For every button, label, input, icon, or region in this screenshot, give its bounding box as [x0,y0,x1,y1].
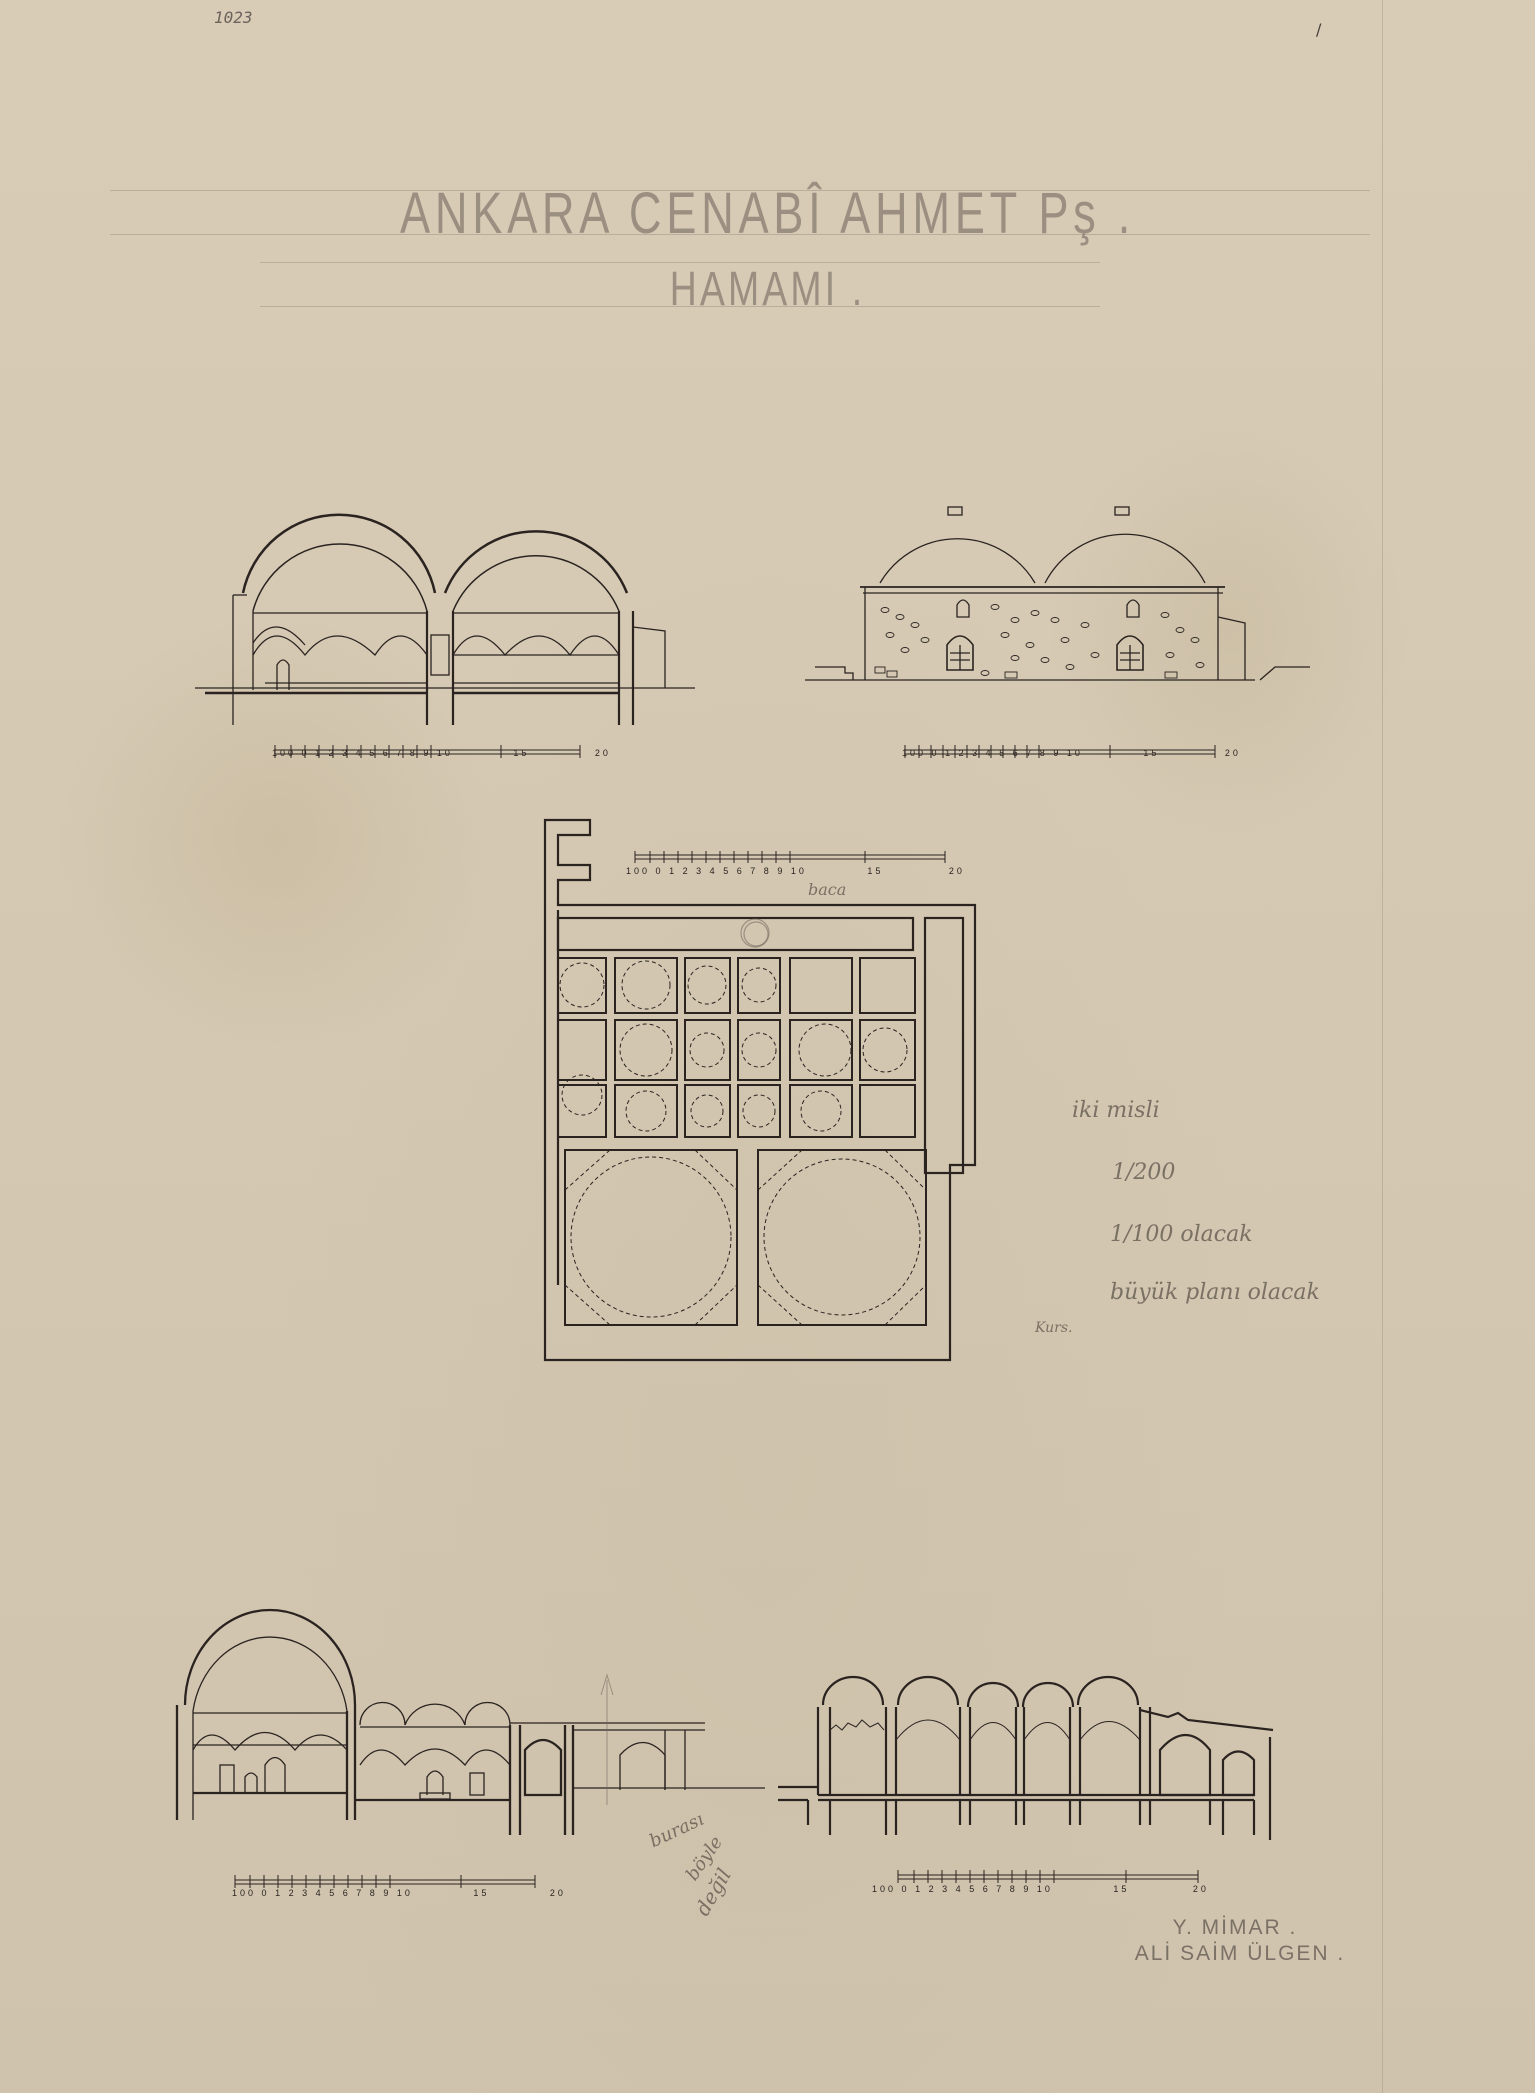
scale-tick-label: 2 [329,748,337,758]
scale-tick-label: 5 [369,748,377,758]
scale-tick-label: 15 [513,748,529,758]
scale-tick-label: 6 [343,1888,351,1898]
scale-tick-label: 9 [423,748,431,758]
scale-tick-label: 8 [1040,748,1048,758]
scale-tick-label: 4 [356,748,364,758]
scale-tick-label: 6 [383,748,391,758]
scale-tick-label: 2 [959,748,967,758]
scale-tick-label: 2 [929,1884,937,1894]
scale-tick-label: 10 [1067,748,1083,758]
scale-tick-label: 0 [932,748,940,758]
scale-tick-label: 3 [342,748,350,758]
margin-note-4: büyük planı olacak [1110,1280,1320,1305]
scale-labels-top-left: 100 0 1 2 3 4 5 6 7 8 9 10 15 20 [272,748,611,758]
scale-tick-label: 7 [1026,748,1034,758]
scale-tick-label: 0 [302,748,310,758]
scale-tick-label: 15 [867,866,883,876]
scale-tick-label: 100 [232,1888,256,1898]
title-line-2: HAMAMI . [169,262,1366,317]
section-drawing-bottom-left [165,1605,765,1895]
scale-tick-label: 5 [723,866,731,876]
scale-tick-label: 15 [1143,748,1159,758]
scale-tick-label: 100 [272,748,296,758]
scale-tick-label: 3 [972,748,980,758]
scale-tick-label: 6 [983,1884,991,1894]
scale-labels-bottom-right: 100 0 1 2 3 4 5 6 7 8 9 10 15 20 [872,1884,1209,1894]
scale-tick-label: 9 [777,866,785,876]
scale-tick-label: 4 [986,748,994,758]
scale-tick-label: 1 [945,748,953,758]
corner-mark: / [1316,20,1321,39]
signature-title: Y. MİMAR . [1160,1916,1310,1940]
scale-tick-label: 8 [764,866,772,876]
floor-plan-center [540,815,980,1375]
sheet-edge-line [1382,0,1383,2093]
scale-tick-label: 20 [595,748,611,758]
scale-tick-label: 0 [902,1884,910,1894]
scale-tick-label: 1 [275,1888,283,1898]
scale-tick-label: 3 [942,1884,950,1894]
elevation-drawing-top-right [805,495,1375,765]
scale-tick-label: 9 [1023,1884,1031,1894]
margin-note-kurs: Kurs. [1035,1320,1073,1336]
scale-labels-bottom-left: 100 0 1 2 3 4 5 6 7 8 9 10 15 20 [232,1888,566,1898]
scale-tick-label: 100 [902,748,926,758]
scale-tick-label: 20 [949,866,965,876]
section-drawing-bottom-right [778,1675,1278,1890]
plan-annotation-baca: baca [808,880,846,899]
scale-tick-label: 7 [396,748,404,758]
scale-tick-label: 5 [969,1884,977,1894]
margin-note-1: iki misli [1072,1098,1160,1123]
scale-tick-label: 9 [383,1888,391,1898]
title-line-1: ANKARA CENABÎ AHMET Pş . [169,180,1366,247]
scale-tick-label: 20 [550,1888,566,1898]
catalog-number: 1023 [214,8,253,27]
scale-tick-label: 7 [356,1888,364,1898]
scale-tick-label: 15 [1113,1884,1129,1894]
scale-tick-label: 8 [1010,1884,1018,1894]
scale-tick-label: 2 [289,1888,297,1898]
scale-tick-label: 20 [1225,748,1241,758]
scale-tick-label: 1 [315,748,323,758]
scale-tick-label: 8 [370,1888,378,1898]
scale-tick-label: 5 [999,748,1007,758]
scale-tick-label: 100 [626,866,650,876]
scale-tick-label: 8 [410,748,418,758]
scale-labels-top-right: 100 0 1 2 3 4 5 6 7 8 9 10 15 20 [902,748,1241,758]
scale-tick-label: 15 [473,1888,489,1898]
scale-tick-label: 0 [262,1888,270,1898]
scale-tick-label: 10 [791,866,807,876]
scale-tick-label: 6 [1013,748,1021,758]
scale-tick-label: 10 [437,748,453,758]
scale-tick-label: 7 [750,866,758,876]
scale-tick-label: 100 [872,1884,896,1894]
scale-tick-label: 3 [302,1888,310,1898]
scale-tick-label: 1 [915,1884,923,1894]
scale-tick-label: 6 [737,866,745,876]
margin-note-2: 1/200 [1112,1160,1175,1185]
scale-tick-label: 4 [956,1884,964,1894]
scale-tick-label: 4 [316,1888,324,1898]
scale-tick-label: 1 [669,866,677,876]
scale-tick-label: 10 [397,1888,413,1898]
scale-tick-label: 5 [329,1888,337,1898]
scale-tick-label: 2 [683,866,691,876]
scale-tick-label: 4 [710,866,718,876]
margin-note-3: 1/100 olacak [1110,1222,1253,1247]
signature-name: ALİ SAİM ÜLGEN . [1120,1942,1360,1966]
scale-tick-label: 0 [656,866,664,876]
scale-tick-label: 3 [696,866,704,876]
section-drawing-top-left [195,505,695,765]
scale-labels-plan: 100 0 1 2 3 4 5 6 7 8 9 10 15 20 [626,866,965,876]
scale-tick-label: 9 [1053,748,1061,758]
scale-tick-label: 20 [1193,1884,1209,1894]
scale-tick-label: 10 [1037,1884,1053,1894]
scale-tick-label: 7 [996,1884,1004,1894]
